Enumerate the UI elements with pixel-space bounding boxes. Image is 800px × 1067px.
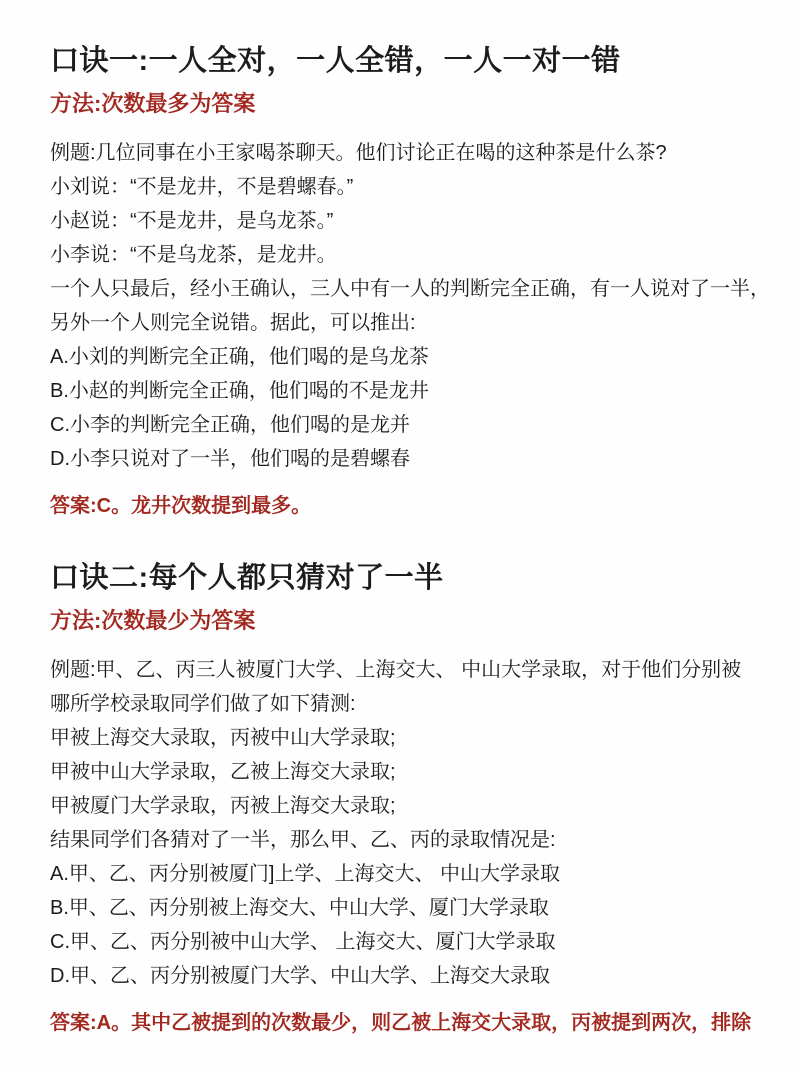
section-2-answer-line: 答案:A。其中乙被提到的次数最少，则乙被上海交大录取，丙被提到两次，排除 bbox=[50, 1006, 782, 1040]
document-page: 口诀一:一人全对，一人全错，一人一对一错 方法:次数最多为答案 例题:几位同事在… bbox=[0, 0, 800, 1067]
section-2-method-label: 方法:次数最少为答案 bbox=[50, 604, 782, 635]
section-koujue-1: 口诀一:一人全对，一人全错，一人一对一错 方法:次数最多为答案 例题:几位同事在… bbox=[50, 38, 782, 523]
body-line: 小刘说：“不是龙井，不是碧螺春。” bbox=[50, 170, 782, 204]
body-line: 另外一个人则完全说错。据此，可以推出: bbox=[50, 306, 782, 340]
section-1-answer-line: 答案:C。龙井次数提到最多。 bbox=[50, 489, 782, 523]
body-line: 甲被上海交大录取，丙被中山大学录取; bbox=[50, 721, 782, 755]
option-line-b: B.甲、乙、丙分别被上海交大、中山大学、厦门大学录取 bbox=[50, 891, 782, 925]
option-line-c: C.甲、乙、丙分别被中山大学、 上海交大、厦门大学录取 bbox=[50, 925, 782, 959]
body-line: 例题:甲、乙、丙三人被厦门大学、上海交大、 中山大学录取，对于他们分别被 bbox=[50, 653, 782, 687]
option-line-c: C.小李的判断完全正确，他们喝的是龙并 bbox=[50, 408, 782, 442]
option-line-a: A.小刘的判断完全正确，他们喝的是乌龙茶 bbox=[50, 340, 782, 374]
option-line-a: A.甲、乙、丙分别被厦门]上学、上海交大、 中山大学录取 bbox=[50, 857, 782, 891]
option-line-d: D.甲、乙、丙分别被厦门大学、中山大学、上海交大录取 bbox=[50, 959, 782, 993]
option-line-d: D.小李只说对了一半，他们喝的是碧螺春 bbox=[50, 442, 782, 476]
body-line: 甲被厦门大学录取，丙被上海交大录取; bbox=[50, 789, 782, 823]
section-koujue-2: 口诀二:每个人都只猜对了一半 方法:次数最少为答案 例题:甲、乙、丙三人被厦门大… bbox=[50, 555, 782, 1040]
body-line: 甲被中山大学录取，乙被上海交大录取; bbox=[50, 755, 782, 789]
section-1-method-label: 方法:次数最多为答案 bbox=[50, 87, 782, 118]
body-line: 结果同学们各猜对了一半，那么甲、乙、丙的录取情况是: bbox=[50, 823, 782, 857]
body-line: 小李说：“不是乌龙茶，是龙井。 bbox=[50, 238, 782, 272]
body-line: 一个人只最后，经小王确认，三人中有一人的判断完全正确，有一人说对了一半， bbox=[50, 272, 782, 306]
section-1-body: 例题:几位同事在小王家喝茶聊天。他们讨论正在喝的这种茶是什么茶? 小刘说：“不是… bbox=[50, 136, 782, 476]
body-line: 哪所学校录取同学们做了如下猜测: bbox=[50, 687, 782, 721]
section-2-title: 口诀二:每个人都只猜对了一半 bbox=[50, 555, 782, 596]
body-line: 例题:几位同事在小王家喝茶聊天。他们讨论正在喝的这种茶是什么茶? bbox=[50, 136, 782, 170]
section-2-body: 例题:甲、乙、丙三人被厦门大学、上海交大、 中山大学录取，对于他们分别被 哪所学… bbox=[50, 653, 782, 993]
body-line: 小赵说：“不是龙井，是乌龙茶。” bbox=[50, 204, 782, 238]
section-1-title: 口诀一:一人全对，一人全错，一人一对一错 bbox=[50, 38, 782, 79]
option-line-b: B.小赵的判断完全正确，他们喝的不是龙井 bbox=[50, 374, 782, 408]
